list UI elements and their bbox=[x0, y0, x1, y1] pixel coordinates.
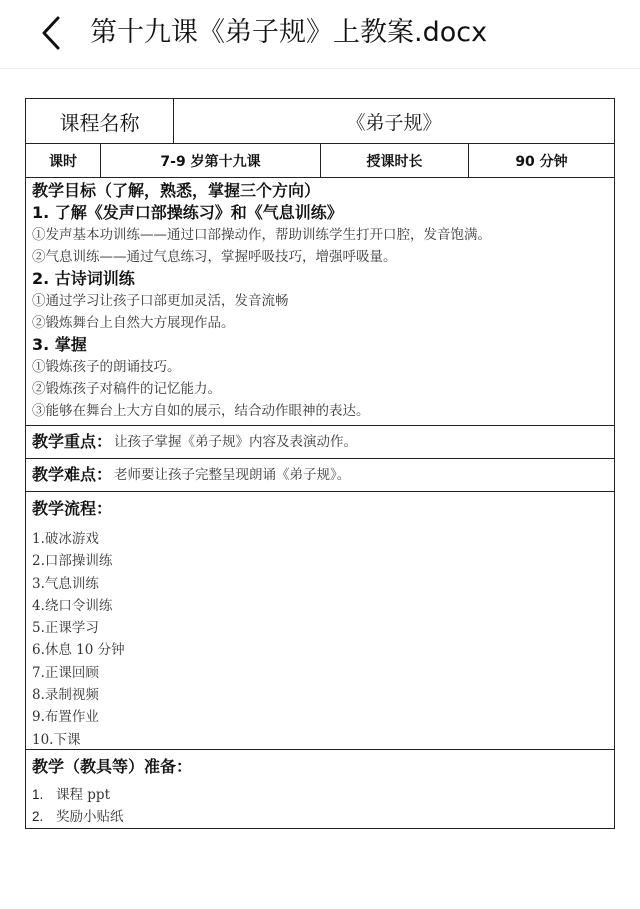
objective-item: ②锻炼孩子对稿件的记忆能力。 bbox=[32, 378, 491, 400]
period-value: 7-9 岁第十九课 bbox=[101, 144, 321, 177]
document-title: 第十九课《弟子规》上教案.docx bbox=[90, 14, 487, 52]
flow-item: 3.气息训练 bbox=[32, 573, 125, 595]
key-points-text: 让孩子掌握《弟子规》内容及表演动作。 bbox=[114, 431, 357, 453]
difficulties-text: 老师要让孩子完整呈现朗诵《弟子规》。 bbox=[114, 464, 350, 486]
difficulties-label: 教学难点： bbox=[32, 464, 112, 486]
preparation-heading: 教学（教具等）准备： bbox=[32, 756, 192, 778]
objective-item: ①通过学习让孩子口部更加灵活，发音流畅 bbox=[32, 290, 491, 312]
flow-item: 1.破冰游戏 bbox=[32, 528, 125, 550]
duration-value: 90 分钟 bbox=[469, 144, 614, 177]
preparation-item-number: 1. bbox=[32, 784, 56, 806]
preparation-row: 教学（教具等）准备： 1.课程 ppt 2.奖励小贴纸 bbox=[26, 750, 614, 828]
objective-section-title: 2. 古诗词训练 bbox=[32, 268, 491, 290]
difficulties-block: 教学难点： 老师要让孩子完整呈现朗诵《弟子规》。 bbox=[26, 459, 356, 491]
flow-item: 4.绕口令训练 bbox=[32, 595, 125, 617]
flow-heading: 教学流程： bbox=[32, 498, 125, 520]
chevron-left-icon bbox=[38, 14, 66, 52]
preparation-item: 1.课程 ppt bbox=[32, 784, 192, 806]
flow-item: 7.正课回顾 bbox=[32, 662, 125, 684]
objective-item: ③能够在舞台上大方自如的展示，结合动作眼神的表达。 bbox=[32, 400, 491, 422]
objective-item: ②气息训练——通过气息练习，掌握呼吸技巧，增强呼吸量。 bbox=[32, 246, 491, 268]
course-name-row: 课程名称 《弟子规》 bbox=[26, 99, 614, 144]
objective-item: ①锻炼孩子的朗诵技巧。 bbox=[32, 356, 491, 378]
period-row: 课时 7-9 岁第十九课 授课时长 90 分钟 bbox=[26, 144, 614, 178]
preparation-item: 2.奖励小贴纸 bbox=[32, 806, 192, 828]
back-button[interactable] bbox=[38, 14, 66, 52]
course-name-label: 课程名称 bbox=[26, 99, 174, 143]
course-name-value: 《弟子规》 bbox=[174, 99, 614, 143]
preparation-block: 教学（教具等）准备： 1.课程 ppt 2.奖励小贴纸 bbox=[26, 750, 198, 828]
preparation-item-number: 2. bbox=[32, 806, 56, 828]
flow-item: 9.布置作业 bbox=[32, 706, 125, 728]
top-bar: 第十九课《弟子规》上教案.docx bbox=[0, 0, 640, 69]
lesson-plan-table: 课程名称 《弟子规》 课时 7-9 岁第十九课 授课时长 90 分钟 教学目标（… bbox=[25, 98, 615, 829]
key-points-block: 教学重点： 让孩子掌握《弟子规》内容及表演动作。 bbox=[26, 426, 363, 458]
period-label: 课时 bbox=[26, 144, 101, 177]
objectives-block: 教学目标（了解，熟悉，掌握三个方向） 1. 了解《发声口部操练习》和《气息训练》… bbox=[26, 178, 497, 425]
duration-label: 授课时长 bbox=[321, 144, 469, 177]
key-points-label: 教学重点： bbox=[32, 431, 112, 453]
objective-section-title: 3. 掌握 bbox=[32, 334, 491, 356]
key-points-row: 教学重点： 让孩子掌握《弟子规》内容及表演动作。 bbox=[26, 426, 614, 459]
flow-list: 1.破冰游戏 2.口部操训练 3.气息训练 4.绕口令训练 5.正课学习 6.休… bbox=[32, 520, 125, 753]
flow-item: 8.录制视频 bbox=[32, 684, 125, 706]
objectives-row: 教学目标（了解，熟悉，掌握三个方向） 1. 了解《发声口部操练习》和《气息训练》… bbox=[26, 178, 614, 426]
objective-item: ②锻炼舞台上自然大方展现作品。 bbox=[32, 312, 491, 334]
objective-item: ①发声基本功训练——通过口部操动作，帮助训练学生打开口腔，发音饱满。 bbox=[32, 224, 491, 246]
flow-block: 教学流程： 1.破冰游戏 2.口部操训练 3.气息训练 4.绕口令训练 5.正课… bbox=[26, 492, 131, 749]
flow-item: 10.下课 bbox=[32, 729, 125, 751]
preparation-list: 1.课程 ppt 2.奖励小贴纸 bbox=[32, 778, 192, 830]
flow-item: 2.口部操训练 bbox=[32, 550, 125, 572]
flow-item: 6.休息 10 分钟 bbox=[32, 639, 125, 661]
flow-item: 5.正课学习 bbox=[32, 617, 125, 639]
objective-section-title: 1. 了解《发声口部操练习》和《气息训练》 bbox=[32, 202, 491, 224]
preparation-item-text: 课程 ppt bbox=[56, 787, 110, 803]
difficulties-row: 教学难点： 老师要让孩子完整呈现朗诵《弟子规》。 bbox=[26, 459, 614, 492]
flow-row: 教学流程： 1.破冰游戏 2.口部操训练 3.气息训练 4.绕口令训练 5.正课… bbox=[26, 492, 614, 750]
preparation-item-text: 奖励小贴纸 bbox=[56, 809, 124, 825]
objectives-heading: 教学目标（了解，熟悉，掌握三个方向） bbox=[32, 180, 491, 202]
